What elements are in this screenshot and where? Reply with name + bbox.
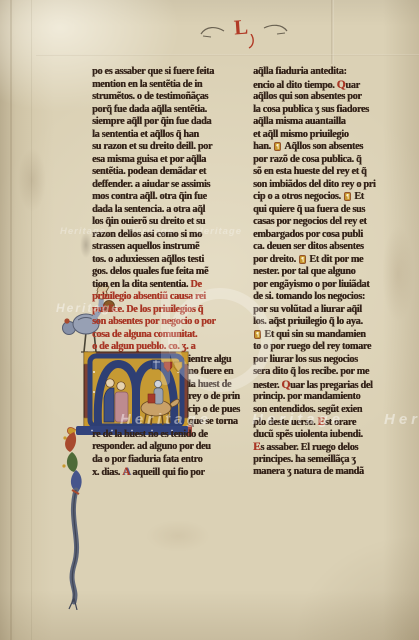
text-line: por liurar los sus negocios [253, 354, 411, 367]
text-line: siempre aq̃ll por q̃in fue dada [92, 116, 250, 129]
text-line: strumẽtos. o de testimoñãças [92, 91, 250, 104]
text-line: strassen aquellos instrumẽ [92, 241, 250, 254]
text-line: tos. o aduxiessen aq̃llos testi [92, 254, 250, 267]
text-segment: A [122, 466, 130, 478]
text-segment: cip o a otros negocios. [253, 191, 343, 202]
text-segment: da o por fiaduria fata entro [92, 454, 202, 465]
text-segment: strassen aquellos instrumẽ [92, 241, 199, 252]
text-segment: dada la sentencia. a otra aq̃l [92, 204, 205, 215]
parchment-stain [80, 232, 92, 258]
text-segment: nester. [253, 380, 281, 391]
text-line: aq̃lla fiaduria antedita: [253, 66, 411, 79]
text-segment: son entendidos. segũt exien [253, 404, 362, 415]
text-line: ¶Et qui sin su mandamien [253, 329, 411, 342]
text-line: responder. ad alguno por deu [92, 441, 250, 454]
text-line: po es assaber que si fuere feita [92, 66, 250, 79]
text-segment: Et qui sin su mandamien [264, 329, 365, 340]
text-segment: rey o de prin [188, 391, 240, 402]
text-line: son entendidos. segũt exien [253, 404, 411, 417]
text-line: casas por negocios del rey et [253, 216, 411, 229]
text-line: por razõ de cosa publica. q̃ [253, 154, 411, 167]
text-segment: princip. por mandamiento [253, 391, 360, 402]
parchment-stain [18, 148, 46, 212]
text-line: la cosa publica ʒ sus fiadores [253, 104, 411, 117]
text-line: son imbiãdos del dito rey o pri [253, 179, 411, 192]
text-column-left: po es assaber que si fuere feitamention … [92, 66, 250, 479]
text-segment: de si. tomando los negocios: [253, 291, 365, 302]
text-segment: principes. ha semeillãça ʒ [253, 454, 356, 465]
text-segment: mos contra aq̃ll. otra q̃in fue [92, 191, 207, 202]
manuscript-page: L [0, 0, 419, 640]
text-segment: deffender. a aiudar se assimis [92, 179, 210, 190]
text-segment: tion en la dita sententia. [92, 279, 190, 290]
text-line: por engãyismo o por liuiãdat [253, 279, 411, 292]
text-segment: manera ʒ natura de mandã [253, 466, 364, 477]
page-edge-line [31, 0, 32, 640]
text-line: rey o de prin [188, 391, 250, 404]
text-segment: uar [345, 80, 359, 91]
text-segment: sentẽtia. podean demãdar et [92, 166, 206, 177]
text-line: aq̃llos qui son absentes por [253, 91, 411, 104]
text-line: nester. Quar las pregarias del [253, 379, 411, 392]
text-line: razon dellos asi como si mo [92, 229, 250, 242]
text-segment: por razõ de cosa publica. q̃ [253, 154, 361, 165]
text-line: et aq̃ll mismo priuilegio [253, 129, 411, 142]
text-line: los q̃in ouierõ su dreito et su [92, 216, 250, 229]
quire-mark: L [198, 14, 290, 50]
text-line: de si. tomando los negocios: [253, 291, 411, 304]
text-segment: casas por negocios del rey et [253, 216, 366, 227]
text-segment: mention en la sentẽtia de in [92, 79, 202, 90]
text-segment: strumẽtos. o de testimoñãças [92, 91, 208, 102]
text-line: aq̃lla misma auantailla [253, 116, 411, 129]
text-line: cip o de pues [188, 404, 250, 417]
text-line: mos contra aq̃ll. otra q̃in fue [92, 191, 250, 204]
flourish-right-icon [260, 22, 290, 36]
text-segment: Et [354, 191, 364, 202]
parchment-crease-horizontal [36, 54, 419, 56]
text-line: porq̃ fue dada aq̃lla sentẽtia. [92, 104, 250, 117]
text-line: Es assaber. El ruego delos [253, 441, 411, 454]
text-column-right: aq̃lla fiaduria antedita:encio al dito t… [253, 66, 411, 479]
text-segment: qui quiere q̃ ua fuera de sus [253, 204, 365, 215]
text-line: por dreito. ¶Et dit por me [253, 254, 411, 267]
text-segment: responder. ad alguno por deu [92, 441, 211, 452]
quire-letter-hook-icon [248, 34, 258, 50]
text-line: deffender. a aiudar se assimis [92, 179, 250, 192]
text-line: encio al dito tiempo. Quar [253, 79, 411, 92]
text-line: por su volũtad a liurar aq̃il [253, 304, 411, 317]
watermark-letter-bar [161, 292, 170, 385]
text-segment: por dreito. [253, 254, 298, 265]
text-segment: re de la huest no es tenido de [92, 429, 208, 440]
pen-flourish-tail [69, 490, 79, 610]
text-segment: aq̃lla misma auantailla [253, 116, 345, 127]
text-segment: aq̃lla fiaduria antedita: [253, 66, 347, 77]
text-segment: et aq̃ll mismo priuilegio [253, 129, 349, 140]
flourish-left-icon [198, 24, 228, 38]
text-segment: que se torna [188, 416, 238, 427]
text-segment: embargados por cosa publi [253, 229, 363, 240]
text-line: x. dias. A aqueill qui fio por [92, 466, 250, 479]
text-segment: uar las pregarias del [290, 380, 372, 391]
text-line: da o por fiaduria fata entro [92, 454, 250, 467]
text-segment: son imbiãdos del dito rey o pri [253, 179, 375, 190]
text-line: su razon et su dreito deill. por [92, 141, 250, 154]
text-segment: x. dias. [92, 467, 122, 478]
text-segment: la sententia et aq̃llos q̃ han [92, 129, 199, 140]
text-line: sõ en esta hueste del rey et q̃ [253, 166, 411, 179]
quire-letter: L [233, 15, 249, 41]
text-segment: plo deste uerso. [253, 417, 318, 428]
paragraph-mark: ¶ [274, 142, 281, 151]
text-segment: aqueill qui fio por [130, 467, 204, 478]
text-segment: encio al dito tiempo. [253, 80, 337, 91]
text-segment: esa misma guisa et por aq̃lla [92, 154, 206, 165]
text-segment: sera dito q̃ los recibe. por me [253, 366, 369, 377]
text-line: to o por ruego del rey tomare [253, 341, 411, 354]
text-segment: ca. deuen ser ditos absentes [253, 241, 364, 252]
text-line: mention en la sentẽtia de in [92, 79, 250, 92]
text-line: la sententia et aq̃llos q̃ han [92, 129, 250, 142]
text-segment: aq̃llos qui son absentes por [253, 91, 362, 102]
text-segment: po es assaber que si fuere feita [92, 66, 214, 77]
watermark-ring [168, 288, 272, 392]
text-segment: E [318, 416, 325, 428]
text-line: cip o a otros negocios. ¶Et [253, 191, 411, 204]
paragraph-mark: ¶ [299, 255, 306, 264]
text-line: principes. ha semeillãça ʒ [253, 454, 411, 467]
text-line: gos. delos quales fue feita mẽ [92, 266, 250, 279]
text-segment: siempre aq̃ll por q̃in fue dada [92, 116, 211, 127]
text-segment: razon dellos asi como si mo [92, 229, 202, 240]
text-line: esa misma guisa et por aq̃lla [92, 154, 250, 167]
text-line: que se torna [188, 416, 250, 429]
margin-foliage [62, 432, 81, 492]
text-line: manera ʒ natura de mandã [253, 466, 411, 479]
text-line: ca. deuen ser ditos absentes [253, 241, 411, 254]
text-line: dada la sentencia. a otra aq̃l [92, 204, 250, 217]
text-line: nester. por tal que alguno [253, 266, 411, 279]
text-segment: por su volũtad a liurar aq̃il [253, 304, 362, 315]
text-line: embargados por cosa publi [253, 229, 411, 242]
text-segment: Et dit por me [309, 254, 363, 265]
text-segment: la cosa publica ʒ sus fiadores [253, 104, 369, 115]
text-line: princip. por mandamiento [253, 391, 411, 404]
text-segment: su razon et su dreito deill. por [92, 141, 212, 152]
text-line: ducũ spẽs uiolenta iubendi. [253, 429, 411, 442]
text-segment: los q̃in ouierõ su dreito et su [92, 216, 205, 227]
text-line: sentẽtia. podean demãdar et [92, 166, 250, 179]
text-segment: cip o de pues [188, 404, 240, 415]
text-segment: De [190, 279, 201, 290]
text-line: qui quiere q̃ ua fuera de sus [253, 204, 411, 217]
text-segment: Q [281, 379, 290, 391]
text-segment: por engãyismo o por liuiãdat [253, 279, 369, 290]
text-segment: porq̃ fue dada aq̃lla sentẽtia. [92, 104, 207, 115]
page-edge-line [10, 0, 12, 640]
text-segment: tos. o aduxiessen aq̃llos testi [92, 254, 204, 265]
text-line: sera dito q̃ los recibe. por me [253, 366, 411, 379]
text-line: re de la huest no es tenido de [92, 429, 250, 442]
text-segment: Aq̃llos son absentes [284, 141, 363, 152]
text-segment: gos. delos quales fue feita mẽ [92, 266, 208, 277]
text-segment: sõ en esta hueste del rey et q̃ [253, 166, 366, 177]
text-segment: ducũ spẽs uiolenta iubendi. [253, 429, 363, 440]
text-segment: nester. por tal que alguno [253, 266, 355, 277]
text-line: los. aq̃st priuilegio q̃ lo aya. [253, 316, 411, 329]
text-line: han. ¶Aq̃llos son absentes [253, 141, 411, 154]
paragraph-mark: ¶ [344, 192, 351, 201]
text-segment: s assaber. El ruego delos [260, 442, 358, 453]
text-line: plo deste uerso. Est orare [253, 416, 411, 429]
text-segment: han. [253, 141, 273, 152]
text-segment: st orare [325, 417, 356, 428]
